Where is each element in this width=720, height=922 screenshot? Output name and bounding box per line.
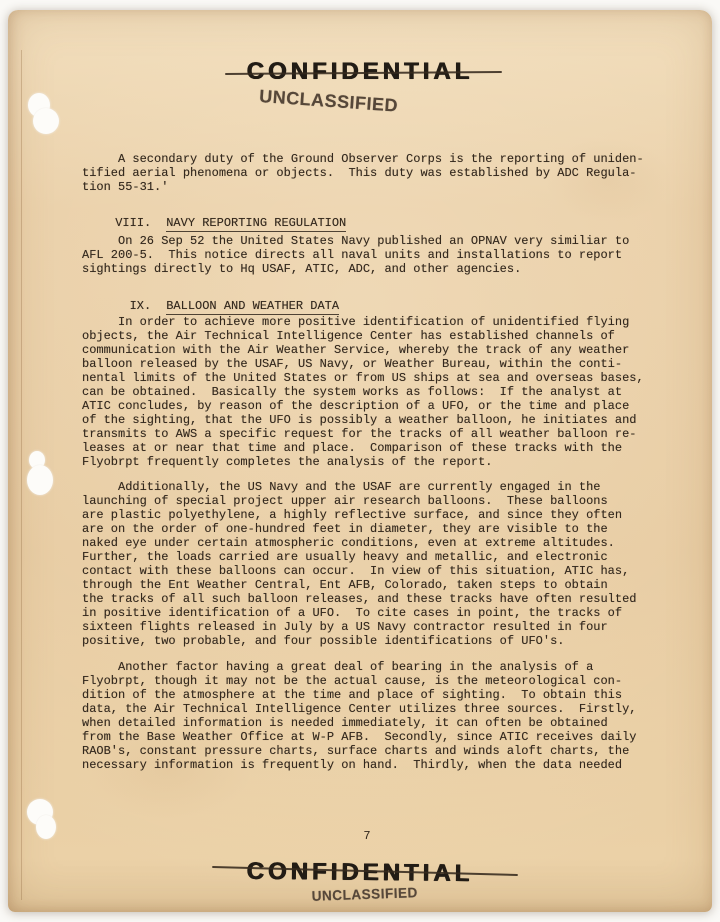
paper-crease (21, 50, 22, 900)
section-number: VIII. (115, 216, 151, 230)
intro-paragraph: A secondary duty of the Ground Observer … (82, 152, 644, 194)
section-paragraph: On 26 Sep 52 the United States Navy publ… (82, 234, 629, 276)
unclassified-stamp-top: UNCLASSIFIED (259, 86, 399, 117)
unclassified-stamp-bottom: UNCLASSIFIED (311, 884, 418, 904)
section-paragraph: In order to achieve more positive identi… (82, 315, 644, 469)
section-paragraph: Another factor having a great deal of be… (82, 660, 637, 772)
section-number: IX. (115, 299, 151, 313)
section-title: BALLOON AND WEATHER DATA (166, 299, 339, 315)
document-page: CONFIDENTIAL UNCLASSIFIED A secondary du… (8, 10, 712, 912)
section-title: NAVY REPORTING REGULATION (166, 216, 346, 232)
section-paragraph: Additionally, the US Navy and the USAF a… (82, 480, 637, 648)
page-number: 7 (15, 829, 719, 843)
classification-stamp-bottom: CONFIDENTIAL (8, 857, 712, 888)
